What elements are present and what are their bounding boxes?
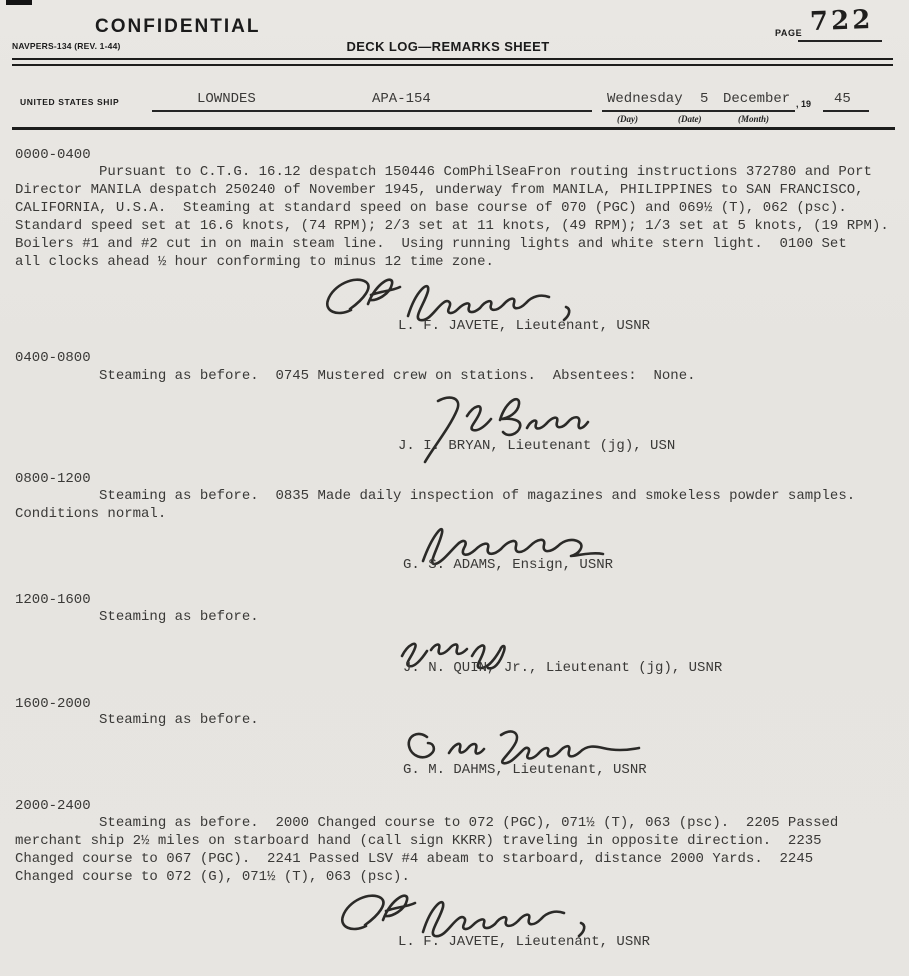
log-day: Wednesday [607, 90, 683, 108]
page-number-underline [798, 40, 882, 42]
sheet-title: DECK LOG—REMARKS SHEET [308, 39, 588, 54]
watch-heading: 1200-1600 [15, 591, 91, 609]
year-prefix: , 19 [796, 99, 811, 109]
log-entry-text: Steaming as before. 2000 Changed course … [15, 814, 838, 886]
watch-heading: 0000-0400 [15, 146, 91, 164]
log-entry-text: Steaming as before. [15, 608, 259, 626]
classification-banner: CONFIDENTIAL [95, 16, 260, 38]
deck-log-page: CONFIDENTIAL PAGE 722 NAVPERS-134 (REV. … [0, 0, 909, 976]
signer-typed-name: L. F. JAVETE, Lieutenant, USNR [398, 933, 650, 951]
date-underline [602, 110, 795, 112]
hull-number: APA-154 [372, 90, 431, 108]
log-entry-text: Steaming as before. [15, 711, 259, 729]
signer-typed-name: G. S. ADAMS, Ensign, USNR [403, 556, 613, 574]
signature-lf-javete [330, 886, 600, 940]
ship-underline [152, 110, 592, 112]
scan-corner-mark [6, 0, 32, 5]
signer-typed-name: J. I. BRYAN, Lieutenant (jg), USN [398, 437, 675, 455]
log-year: 45 [834, 90, 851, 108]
signature-lf-javete [315, 270, 585, 324]
year-underline [823, 110, 869, 112]
log-entry-text: Steaming as before. 0745 Mustered crew o… [15, 367, 696, 385]
log-month: December [723, 90, 790, 108]
signer-typed-name: L. F. JAVETE, Lieutenant, USNR [398, 317, 650, 335]
signer-typed-name: J. N. QUIN, Jr., Lieutenant (jg), USNR [403, 659, 722, 677]
date-caption: (Date) [678, 114, 702, 124]
form-number: NAVPERS-134 (REV. 1-44) [12, 41, 121, 51]
log-entry-text: Pursuant to C.T.G. 16.12 despatch 150446… [15, 163, 889, 271]
ship-label: UNITED STATES SHIP [20, 97, 119, 107]
header-bottom-rule [12, 127, 895, 130]
header-double-rule [12, 58, 893, 66]
day-caption: (Day) [617, 114, 638, 124]
signer-typed-name: G. M. DAHMS, Lieutenant, USNR [403, 761, 647, 779]
log-date: 5 [700, 90, 708, 108]
page-label: PAGE [775, 28, 802, 38]
page-number: 722 [809, 5, 873, 37]
ship-name: LOWNDES [197, 90, 256, 108]
watch-heading: 0400-0800 [15, 349, 91, 367]
month-caption: (Month) [738, 114, 769, 124]
watch-heading: 2000-2400 [15, 797, 91, 815]
watch-heading: 0800-1200 [15, 470, 91, 488]
